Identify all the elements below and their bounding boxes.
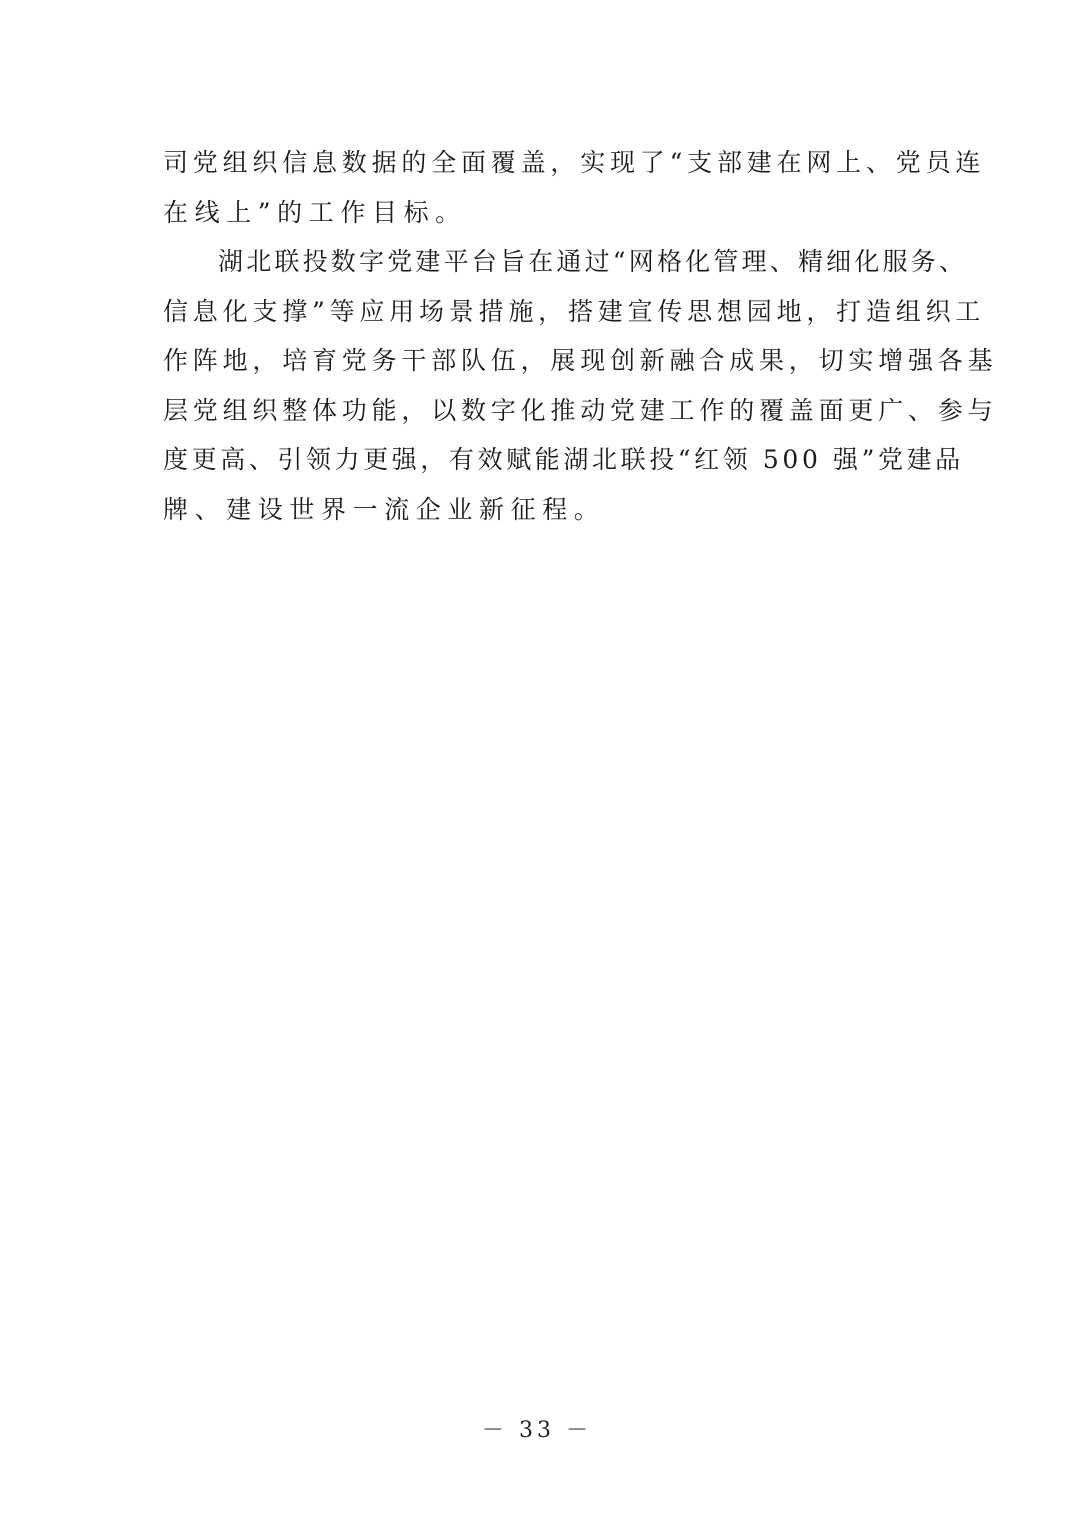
document-page: 司党组织信息数据的全面覆盖，实现了“支部建在网上、党员连 在线上”的工作目标。 … <box>0 0 1074 1520</box>
text-line-indented: 湖北联投数字党建平台旨在通过“网格化管理、精细化服务、 <box>163 237 915 287</box>
page-number: － 33 － <box>0 1413 1074 1444</box>
body-text: 司党组织信息数据的全面覆盖，实现了“支部建在网上、党员连 在线上”的工作目标。 … <box>163 138 915 534</box>
text-line: 信息化支撑”等应用场景措施，搭建宣传思想园地，打造组织工 <box>163 287 915 337</box>
paragraph-1: 司党组织信息数据的全面覆盖，实现了“支部建在网上、党员连 在线上”的工作目标。 <box>163 138 915 237</box>
text-line: 在线上”的工作目标。 <box>163 188 915 238</box>
paragraph-2: 湖北联投数字党建平台旨在通过“网格化管理、精细化服务、 信息化支撑”等应用场景措… <box>163 237 915 534</box>
text-line: 作阵地，培育党务干部队伍，展现创新融合成果，切实增强各基 <box>163 336 915 386</box>
text-line: 层党组织整体功能，以数字化推动党建工作的覆盖面更广、参与 <box>163 386 915 436</box>
text-line: 牌、建设世界一流企业新征程。 <box>163 485 915 535</box>
text-line: 司党组织信息数据的全面覆盖，实现了“支部建在网上、党员连 <box>163 138 915 188</box>
text-line: 度更高、引领力更强，有效赋能湖北联投“红领 500 强”党建品 <box>163 435 915 485</box>
